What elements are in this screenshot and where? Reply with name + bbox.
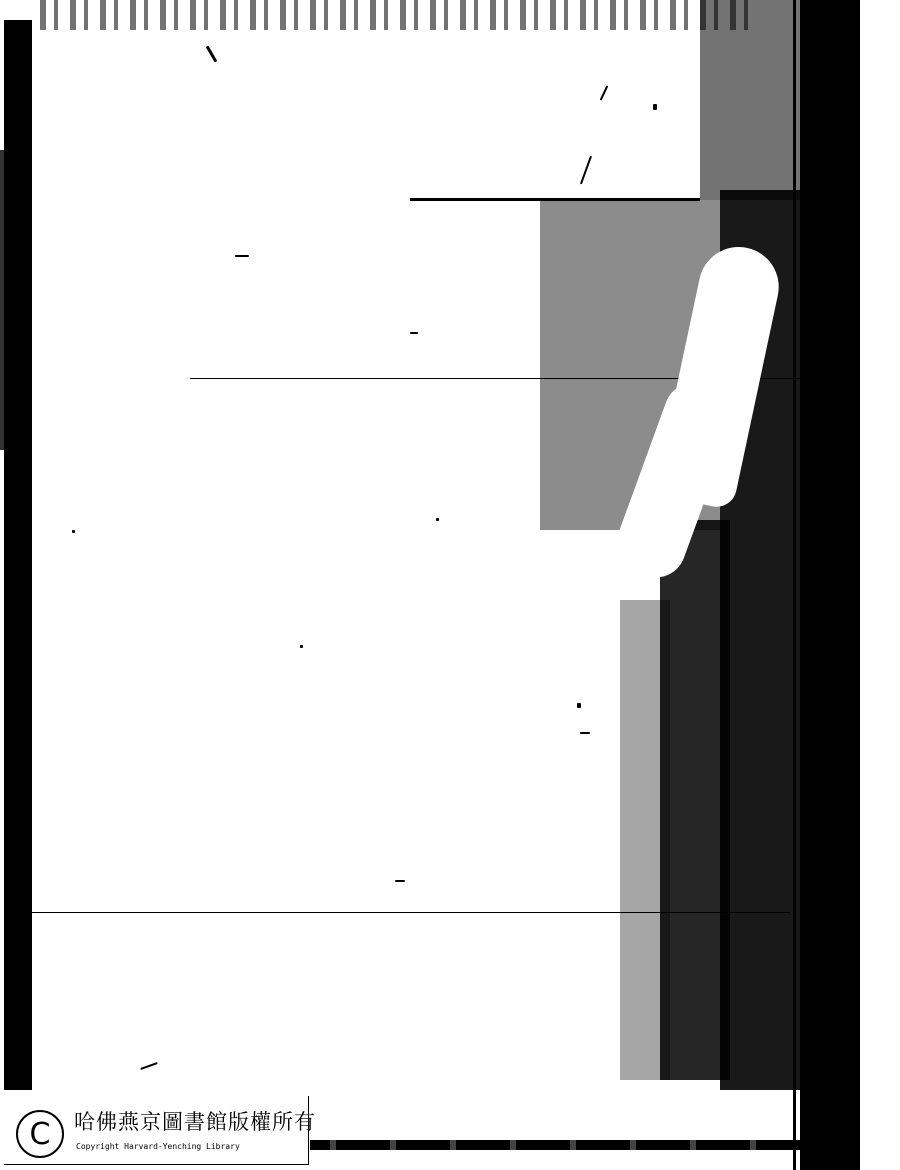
book-spine: [800, 0, 860, 1170]
right-margin: [860, 0, 900, 1170]
left-binding-edge: [4, 20, 32, 1090]
speckle: [600, 85, 609, 100]
copyright-english: Copyright Harvard-Yenching Library: [76, 1142, 240, 1151]
copyright-symbol: C: [30, 1117, 51, 1152]
speckle: [653, 104, 657, 110]
speckle: [395, 880, 405, 882]
stain-region: [620, 600, 670, 1080]
speckle: [580, 732, 590, 734]
speckle: [300, 645, 303, 648]
bottom-edge-stain: [310, 1140, 800, 1150]
top-edge-stain: [40, 0, 760, 30]
stain-region: [660, 520, 730, 1080]
scanned-page: C 哈佛燕京圖書館版權所有 Copyright Harvard-Yenching…: [0, 0, 900, 1170]
speckle: [577, 703, 581, 708]
copyright-chinese: 哈佛燕京圖書館版權所有: [74, 1106, 316, 1136]
copyright-notice: C 哈佛燕京圖書館版權所有 Copyright Harvard-Yenching…: [4, 1096, 309, 1165]
copyright-icon: C: [16, 1110, 64, 1158]
stain-region: [700, 0, 800, 200]
speckle: [140, 1062, 158, 1070]
speckle: [436, 518, 439, 521]
speckle: [235, 255, 249, 257]
speckle: [580, 156, 592, 185]
left-edge-shadow: [0, 150, 8, 450]
speckle: [410, 332, 418, 334]
spine-line: [793, 0, 796, 1170]
speckle: [206, 45, 218, 62]
speckle: [72, 530, 75, 533]
